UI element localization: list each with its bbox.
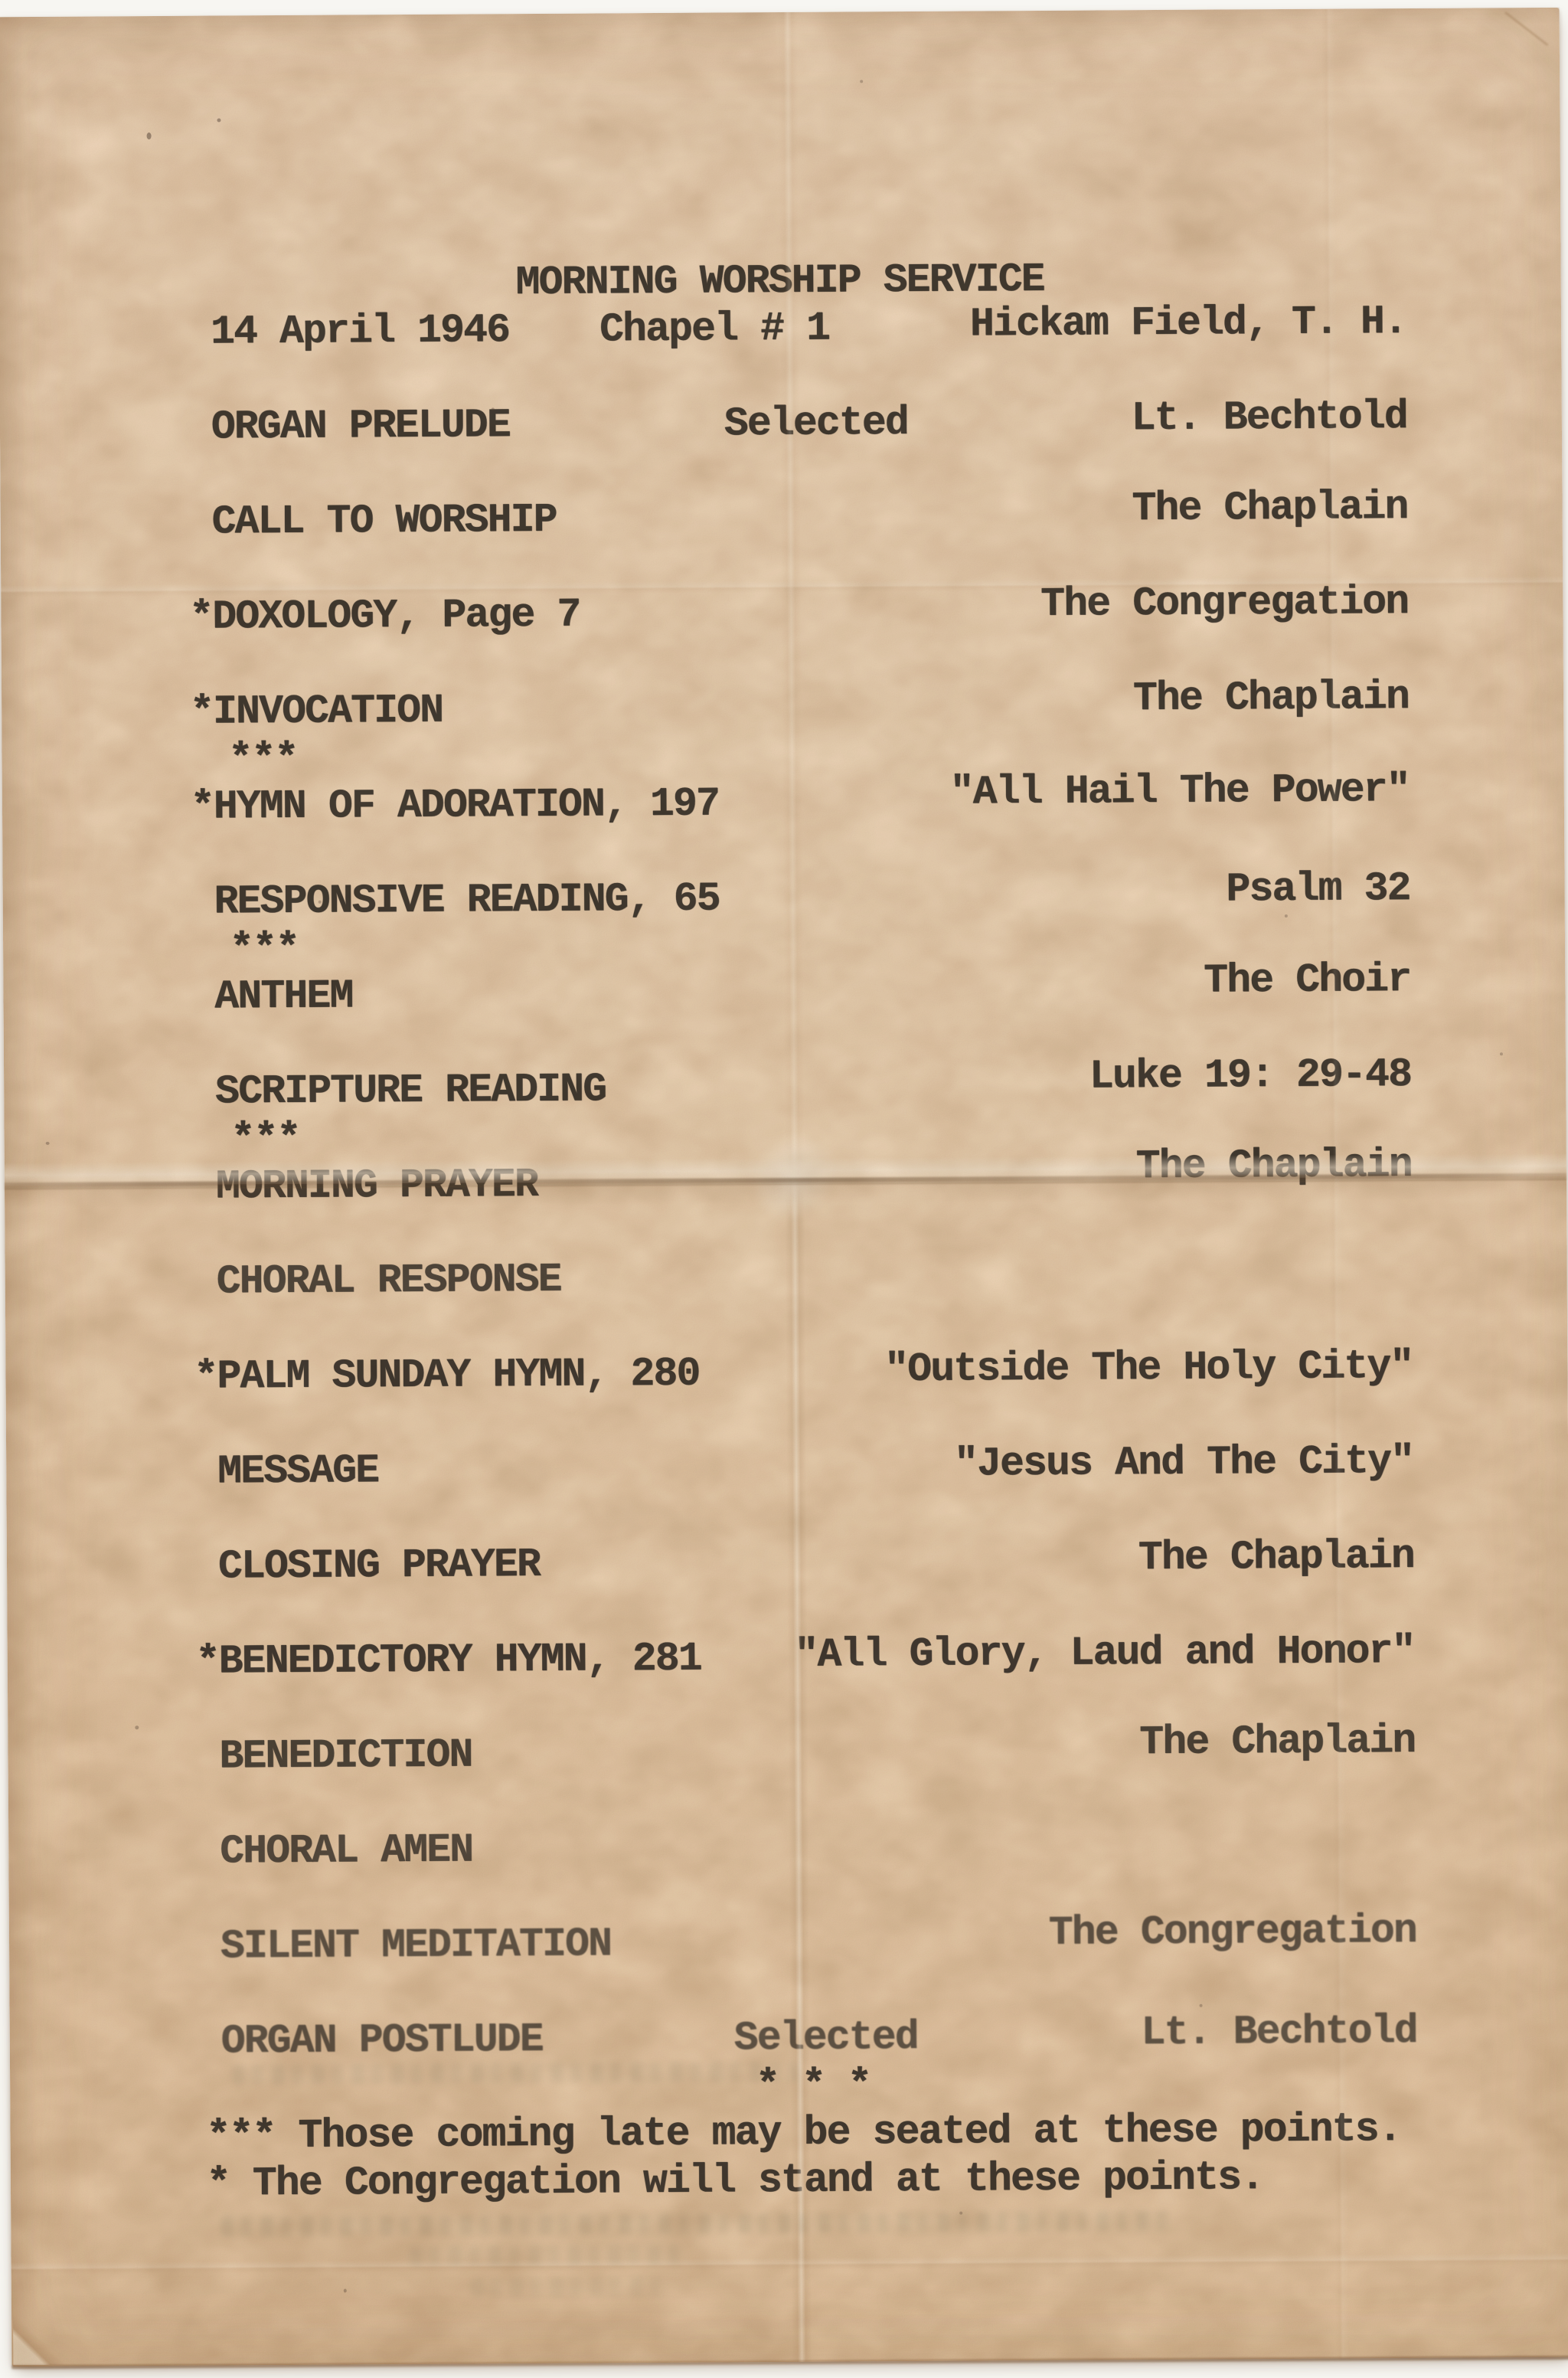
document-title: MORNING WORSHIP SERVICE [516,256,1044,306]
program-item-performer: "Jesus And The City" [954,1438,1413,1488]
program-item-performer: Lt. Bechtold [1142,2007,1417,2056]
program-row: CHORAL RESPONSE [5,1250,1567,1307]
worship-program: MORNING WORSHIP SERVICE14 April 1946Chap… [0,253,1568,2209]
service-venue: Chapel # 1 [599,305,829,354]
kneel-marker: *** [230,1115,299,1163]
top-right-corner-crease [1504,11,1548,46]
program-item-label: RESPONSIVE READING, 65 [214,875,720,926]
program-item-performer: The Chaplain [1138,1532,1414,1582]
footnote-text: *** Those coming late may be seated at t… [206,2105,1401,2160]
service-date: 14 April 1946 [211,306,509,355]
program-item-selection: Selected [724,399,908,447]
program-item-selection: Selected [734,2013,918,2062]
program-row: CLOSING PRAYERThe Chaplain [7,1535,1568,1591]
ink-speck [959,2212,962,2215]
footnote-row: * The Congregation will stand at these p… [11,2152,1568,2209]
footnote-text: * The Congregation will stand at these p… [207,2154,1264,2207]
dateline-row: 14 April 1946Chapel # 1Hickam Field, T. … [0,300,1561,357]
program-row: *BENEDICTORY HYMN, 281"All Glory, Laud a… [8,1630,1568,1686]
bleed-through-text-smudge [471,2277,670,2298]
program-item-label: *INVOCATION [190,687,443,736]
program-item-label: CHORAL AMEN [220,1827,472,1876]
program-item-label: ORGAN PRELUDE [211,401,510,450]
program-item-label: *BENEDICTORY HYMN, 281 [196,1635,701,1686]
program-item-performer: The Chaplain [1139,1717,1415,1766]
program-item-performer: "All Hail The Power" [950,766,1410,816]
kneel-marker: *** [230,925,299,973]
bottom-left-corner-fold [13,2311,70,2365]
program-item-label: *HYMN OF ADORATION, 197 [191,780,719,831]
faint-horizontal-crease-bottom [11,2253,1568,2275]
program-item-performer: "All Glory, Laud and Honor" [794,1627,1415,1679]
program-item-performer: The Congregation [1049,1907,1416,1957]
program-row: CHORAL AMEN [8,1820,1568,1876]
ink-speck [344,2289,347,2293]
program-item-label: CLOSING PRAYER [218,1541,540,1591]
ink-speck [147,132,152,139]
paper-sheet: MORNING WORSHIP SERVICE14 April 1946Chap… [0,8,1568,2367]
program-item-performer: The Chaplain [1133,673,1409,722]
ink-speck [217,118,220,122]
scanned-page: MORNING WORSHIP SERVICE14 April 1946Chap… [0,0,1568,2378]
ink-speck [860,80,863,83]
kneel-marker: *** [228,735,297,783]
bleed-through-text-smudge [409,2245,684,2266]
program-item-label: CHORAL RESPONSE [217,1256,561,1306]
program-row: *HYMN OF ADORATION, 197"All Hail The Pow… [2,775,1564,832]
program-item-label: BENEDICTION [219,1732,472,1781]
program-item-label: SILENT MEDITATION [220,1920,611,1970]
program-item-performer: Lt. Bechtold [1132,393,1407,442]
divider-stars: * * * [756,2061,871,2109]
program-item-label: ORGAN POSTLUDE [221,2016,543,2066]
program-row: SILENT MEDITATIONThe Congregation [9,1915,1568,1971]
program-row: ANTHEMThe Choir [3,965,1565,1022]
program-item-performer: The Chaplain [1136,1141,1412,1190]
bleed-through-text-smudge [220,2211,1170,2237]
program-item-label: *PALM SUNDAY HYMN, 280 [194,1350,699,1401]
program-row: MESSAGE"Jesus And The City" [6,1440,1568,1496]
program-row: BENEDICTIONThe Chaplain [8,1725,1568,1781]
service-location: Hickam Field, T. H. [970,298,1406,348]
program-row: MORNING PRAYERThe Chaplain [5,1155,1566,1212]
program-item-performer: "Outside The Holy City" [884,1343,1413,1393]
program-item-label: ANTHEM [214,972,352,1020]
program-item-label: MORNING PRAYER [216,1161,537,1211]
program-item-performer: The Chaplain [1132,483,1407,532]
program-row: CALL TO WORSHIPThe Chaplain [0,490,1562,547]
program-item-label: CALL TO WORSHIP [211,496,556,546]
program-item-label: *DOXOLOGY, Page 7 [189,591,580,641]
program-item-performer: Psalm 32 [1226,865,1410,913]
program-row: ORGAN PRELUDESelectedLt. Bechtold [0,395,1562,452]
program-item-performer: The Choir [1204,956,1410,1005]
program-item-label: MESSAGE [217,1447,378,1495]
program-row: *PALM SUNDAY HYMN, 280"Outside The Holy … [5,1345,1567,1402]
program-item-performer: Luke 19: 29-48 [1089,1051,1411,1101]
program-row: *DOXOLOGY, Page 7The Congregation [1,585,1563,642]
program-item-label: SCRIPTURE READING [215,1065,606,1115]
program-item-performer: The Congregation [1040,578,1408,628]
